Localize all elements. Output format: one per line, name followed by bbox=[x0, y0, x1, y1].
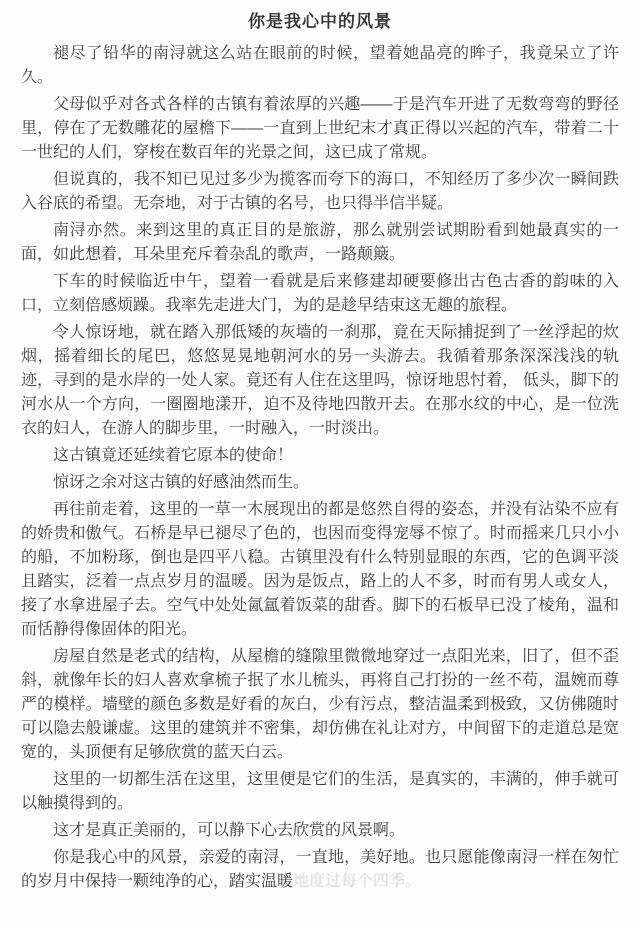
faded-text-fragment: 地度过每个四季。 bbox=[293, 873, 421, 890]
paragraph: 这才是真正美丽的，可以静下心去欣赏的风景啊。 bbox=[21, 819, 619, 843]
paragraph: 下车的时候临近中午，望着一看就是后来修建却硬要修出古色古香的韵味的入口，立刻倍感… bbox=[21, 270, 619, 318]
paragraph: 这古镇竟还延续着它原本的使命！ bbox=[21, 444, 619, 468]
paragraph: 父母似乎对各式各样的古镇有着浓厚的兴趣——于是汽车开进了无数弯弯的野径里，停在了… bbox=[21, 93, 619, 165]
paragraph: 令人惊讶地，就在踏入那低矮的灰墙的一刹那，竟在天际捕捉到了一丝浮起的炊烟，摇着细… bbox=[21, 321, 619, 441]
paragraph: 南浔亦然。来到这里的真正目的是旅游，那么就别尝试期盼看到她最真实的一面，如此想着… bbox=[21, 219, 619, 267]
paragraph: 再往前走着，这里的一草一木展现出的都是悠然自得的姿态，并没有沾染不应有的娇贵和傲… bbox=[21, 498, 619, 642]
paragraph: 惊讶之余对这古镇的好感油然而生。 bbox=[21, 471, 619, 495]
paragraph: 房屋自然是老式的结构，从屋檐的缝隙里微微地穿过一点阳光来，旧了，但不歪斜，就像年… bbox=[21, 645, 619, 765]
document-body: 褪尽了铅华的南浔就这么站在眼前的时候，望着她晶亮的眸子，我竟呆立了许久。父母似乎… bbox=[21, 42, 619, 894]
page-title: 你是我心中的风景 bbox=[21, 10, 619, 34]
document-page: 你是我心中的风景 褪尽了铅华的南浔就这么站在眼前的时候，望着她晶亮的眸子，我竟呆… bbox=[0, 0, 640, 926]
paragraph: 但说真的，我不知已见过多少为揽客而夸下的海口，不知经历了多少次一瞬间跌入谷底的希… bbox=[21, 168, 619, 216]
paragraph: 这里的一切都生活在这里，这里便是它们的生活，是真实的，丰满的，伸手就可以触摸得到… bbox=[21, 768, 619, 816]
paragraph: 褪尽了铅华的南浔就这么站在眼前的时候，望着她晶亮的眸子，我竟呆立了许久。 bbox=[21, 42, 619, 90]
paragraph: 你是我心中的风景，亲爱的南浔，一直地，美好地。也只愿能像南浔一样在匆忙的岁月中保… bbox=[21, 846, 619, 894]
